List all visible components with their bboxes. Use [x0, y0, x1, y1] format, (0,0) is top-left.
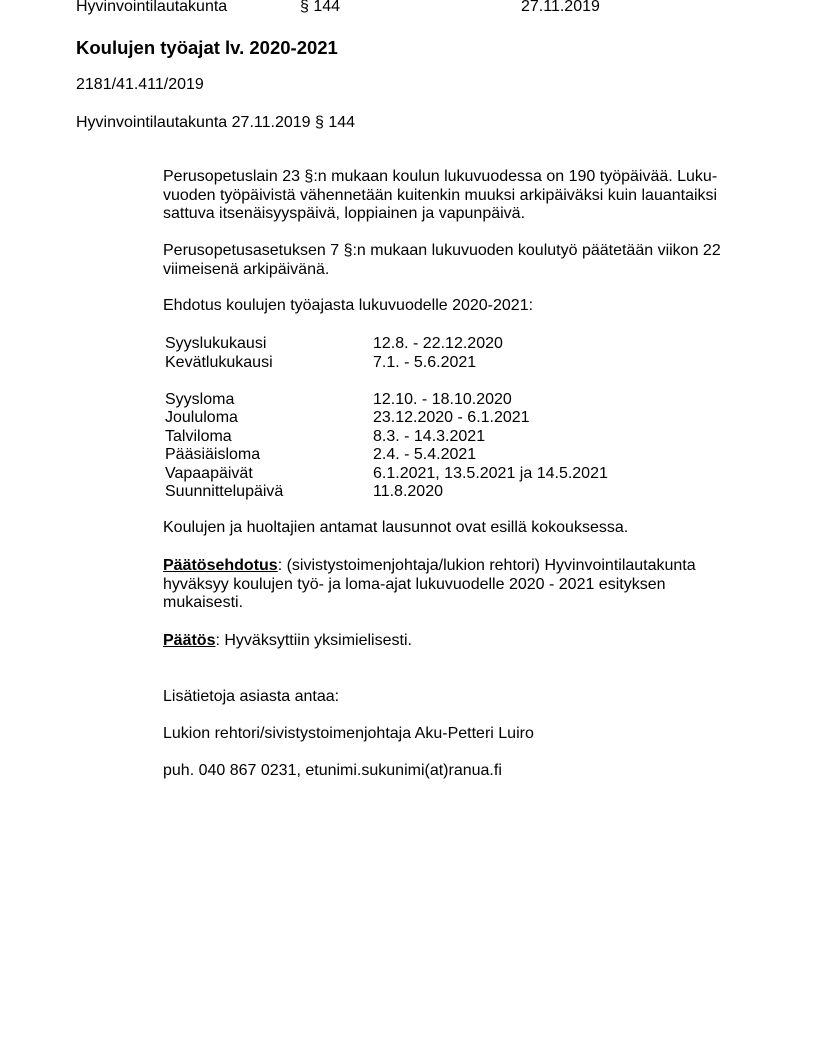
schedule-row: Suunnittelupäivä 11.8.2020 — [165, 483, 608, 502]
contact-info: Lisätietoja asiasta antaa: Lukion rehtor… — [163, 669, 534, 799]
header-section: § 144 — [300, 0, 340, 17]
schedule-row: Vapaapäivät 6.1.2021, 13.5.2021 ja 14.5.… — [165, 465, 608, 484]
schedule-value: 7.1. - 5.6.2021 — [373, 354, 476, 373]
schedule-row: Syyslukukausi 12.8. - 22.12.2020 — [165, 335, 608, 354]
decision-proposal: Päätösehdotus: (sivistystoimenjohtaja/lu… — [163, 557, 696, 613]
schedule-row: Joululoma 23.12.2020 - 6.1.2021 — [165, 409, 608, 428]
paragraph-school-days: Perusopetuslain 23 §:n mukaan koulun luk… — [163, 168, 717, 224]
schedule-value: 8.3. - 14.3.2021 — [373, 428, 485, 447]
schedule-value: 12.10. - 18.10.2020 — [373, 391, 512, 410]
record-number: 2181/41.411/2019 — [76, 76, 204, 95]
schedule-table: Syyslukukausi 12.8. - 22.12.2020 Kevätlu… — [165, 335, 608, 502]
schedule-label: Syyslukukausi — [165, 335, 373, 354]
header-body-name: Hyvinvointilautakunta — [76, 0, 227, 17]
schedule-value: 12.8. - 22.12.2020 — [373, 335, 503, 354]
meeting-reference: Hyvinvointilautakunta 27.11.2019 § 144 — [76, 114, 355, 133]
contact-line: Lisätietoja asiasta antaa: — [163, 688, 534, 707]
header-date: 27.11.2019 — [521, 0, 600, 17]
schedule-label: Suunnittelupäivä — [165, 483, 373, 502]
schedule-label: Vapaapäivät — [165, 465, 373, 484]
schedule-row: Kevätlukukausi 7.1. - 5.6.2021 — [165, 354, 608, 373]
schedule-label: Syysloma — [165, 391, 373, 410]
contact-line: puh. 040 867 0231, etunimi.sukunimi(at)r… — [163, 762, 534, 781]
schedule-value: 23.12.2020 - 6.1.2021 — [373, 409, 530, 428]
schedule-row: Pääsiäisloma 2.4. - 5.4.2021 — [165, 446, 608, 465]
schedule-value: 11.8.2020 — [373, 483, 443, 502]
decision-label: Päätös — [163, 632, 215, 649]
schedule-row: Syysloma 12.10. - 18.10.2020 — [165, 391, 608, 410]
decision-text: : Hyväksyttiin yksimielisesti. — [215, 632, 411, 649]
schedule-value: 2.4. - 5.4.2021 — [373, 446, 476, 465]
paragraph-proposal-intro: Ehdotus koulujen työajasta lukuvuodelle … — [163, 297, 533, 316]
schedule-value: 6.1.2021, 13.5.2021 ja 14.5.2021 — [373, 465, 608, 484]
schedule-label: Pääsiäisloma — [165, 446, 373, 465]
paragraph-statements: Koulujen ja huoltajien antamat lausunnot… — [163, 519, 628, 538]
schedule-label: Kevätlukukausi — [165, 354, 373, 373]
decision: Päätös: Hyväksyttiin yksimielisesti. — [163, 632, 412, 651]
paragraph-school-end: Perusopetusasetuksen 7 §:n mukaan lukuvu… — [163, 242, 721, 279]
schedule-row: Talviloma 8.3. - 14.3.2021 — [165, 428, 608, 447]
decision-proposal-label: Päätösehdotus — [163, 557, 278, 574]
schedule-label: Joululoma — [165, 409, 373, 428]
contact-line: Lukion rehtori/sivistystoimenjohtaja Aku… — [163, 725, 534, 744]
page-title: Koulujen työajat lv. 2020-2021 — [76, 37, 338, 59]
schedule-label: Talviloma — [165, 428, 373, 447]
